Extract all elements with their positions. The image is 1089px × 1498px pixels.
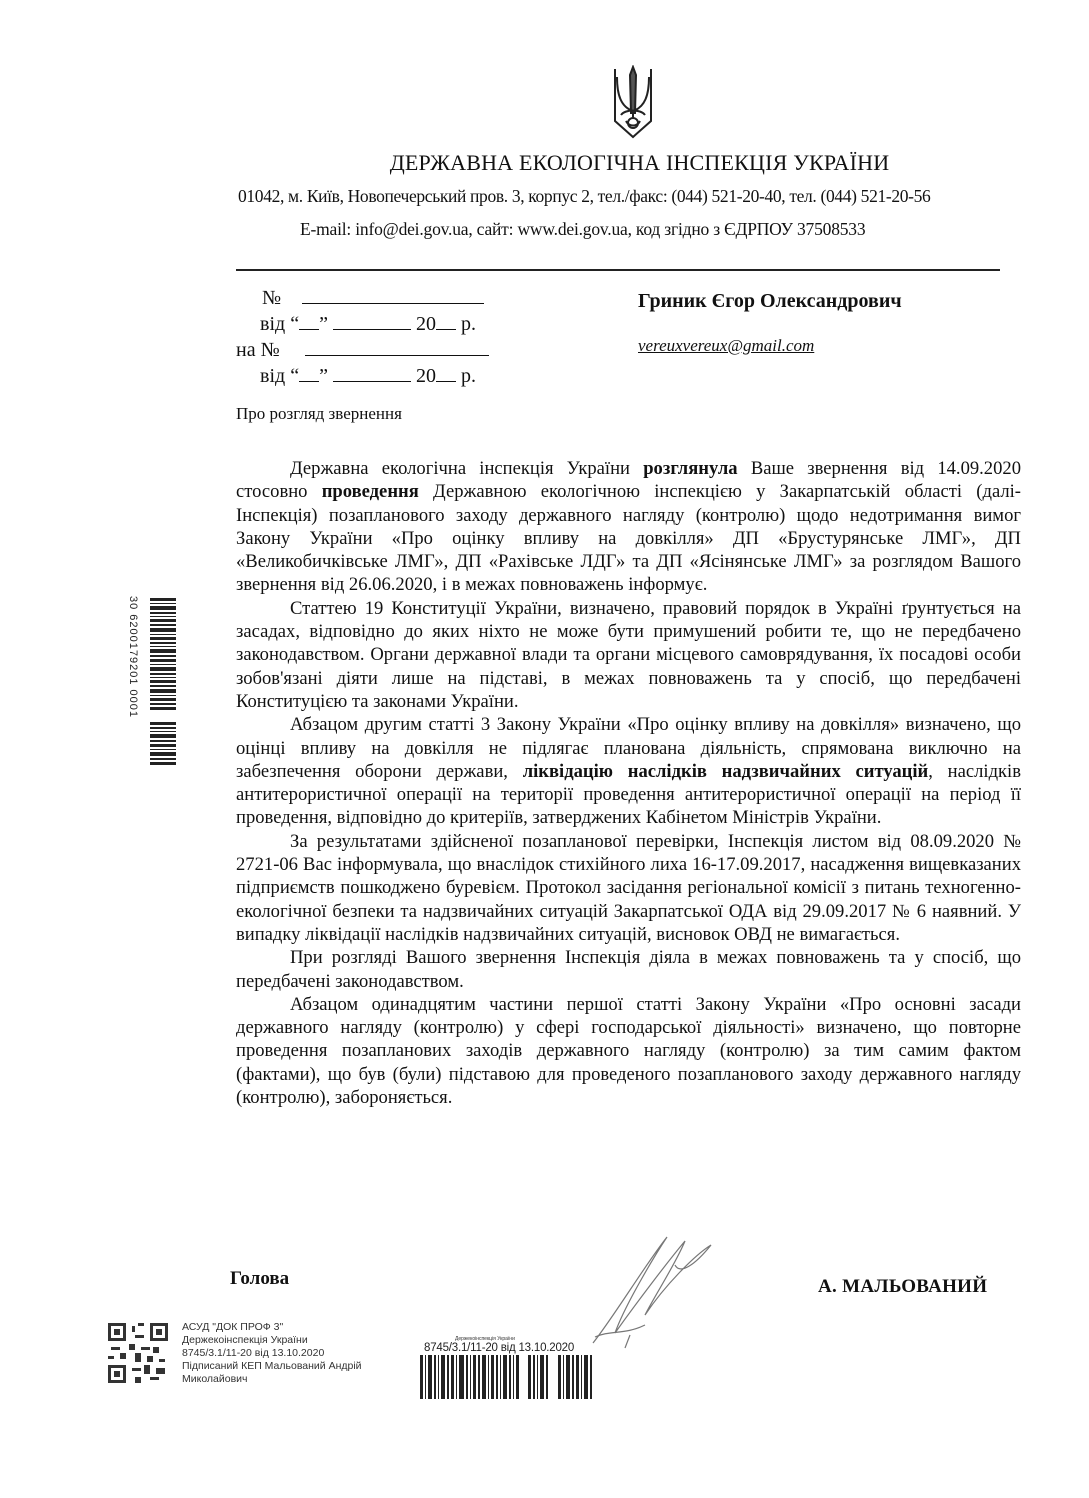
quote-close: ” (319, 365, 328, 387)
signatory-title: Голова (230, 1268, 289, 1290)
organization-address: 01042, м. Київ, Новопечерський пров. 3, … (238, 186, 1038, 207)
registration-barcode-icon (418, 1355, 594, 1399)
year-blank (436, 365, 456, 382)
paragraph-5: При розгляді Вашого звернення Інспекція … (236, 946, 1021, 993)
quote-close: ” (319, 313, 328, 335)
year-blank (436, 313, 456, 330)
edoc-signed-by: Підписаний КЕП Мальований Андрій (182, 1360, 362, 1373)
quote-open: “ (290, 365, 299, 387)
letter-subject: Про розгляд звернення (236, 404, 402, 424)
year-prefix: 20 (416, 313, 436, 335)
reply-number-blank (305, 339, 489, 356)
edoc-system: АСУД "ДОК ПРОФ 3" (182, 1321, 362, 1334)
number-label: № (262, 287, 281, 309)
year-suffix: р. (461, 313, 476, 335)
number-blank (302, 287, 484, 304)
organization-name: ДЕРЖАВНА ЕКОЛОГІЧНА ІНСПЕКЦІЯ УКРАЇНИ (0, 150, 1089, 176)
paragraph-2: Статтею 19 Конституції України, визначен… (236, 597, 1021, 713)
edoc-org: Держекоінспекція України (182, 1334, 362, 1347)
day-blank (299, 313, 319, 330)
handwritten-signature-icon (585, 1225, 715, 1350)
side-barcode-icon (150, 598, 176, 768)
edoc-stamp: АСУД "ДОК ПРОФ 3" Держекоінспекція Украї… (182, 1321, 362, 1386)
from-label: від (260, 365, 285, 387)
qr-code-icon (108, 1323, 168, 1383)
registration-number: 8745/3.1/11-20 від 13.10.2020 (424, 1342, 574, 1354)
ref-reply-row: на № (236, 337, 489, 363)
edoc-signed-by-cont: Миколайович (182, 1373, 362, 1386)
signatory-name: А. МАЛЬОВАНИЙ (818, 1276, 987, 1298)
month-blank (333, 365, 411, 382)
paragraph-4: За результатами здійсненої позапланової … (236, 830, 1021, 946)
letter-body: Державна екологічна інспекція України ро… (236, 457, 1021, 1109)
ukraine-coat-of-arms-icon (611, 65, 655, 139)
paragraph-6: Абзацом одинадцятим частини першої статт… (236, 993, 1021, 1109)
paragraph-1: Державна екологічна інспекція України ро… (236, 457, 1021, 597)
ref-number-row: № (262, 285, 484, 311)
recipient-name: Гриник Єгор Олександрович (638, 290, 902, 313)
quote-open: “ (290, 313, 299, 335)
ref-date-row: від “” 20 р. (260, 311, 476, 337)
edoc-reg-number: 8745/3.1/11-20 від 13.10.2020 (182, 1347, 362, 1360)
recipient-email[interactable]: vereuxvereux@gmail.com (638, 336, 814, 356)
year-suffix: р. (461, 365, 476, 387)
organization-contacts: E-mail: info@dei.gov.ua, сайт: www.dei.g… (300, 219, 1000, 240)
paragraph-3: Абзацом другим статті 3 Закону України «… (236, 713, 1021, 829)
from-label: від (260, 313, 285, 335)
side-barcode-number: 30 6200179201 0001 (127, 596, 139, 776)
reply-to-label: на № (236, 339, 280, 361)
month-blank (333, 313, 411, 330)
header-divider (236, 269, 1000, 271)
ref-reply-date-row: від “” 20 р. (260, 363, 476, 389)
year-prefix: 20 (416, 365, 436, 387)
day-blank (299, 365, 319, 382)
